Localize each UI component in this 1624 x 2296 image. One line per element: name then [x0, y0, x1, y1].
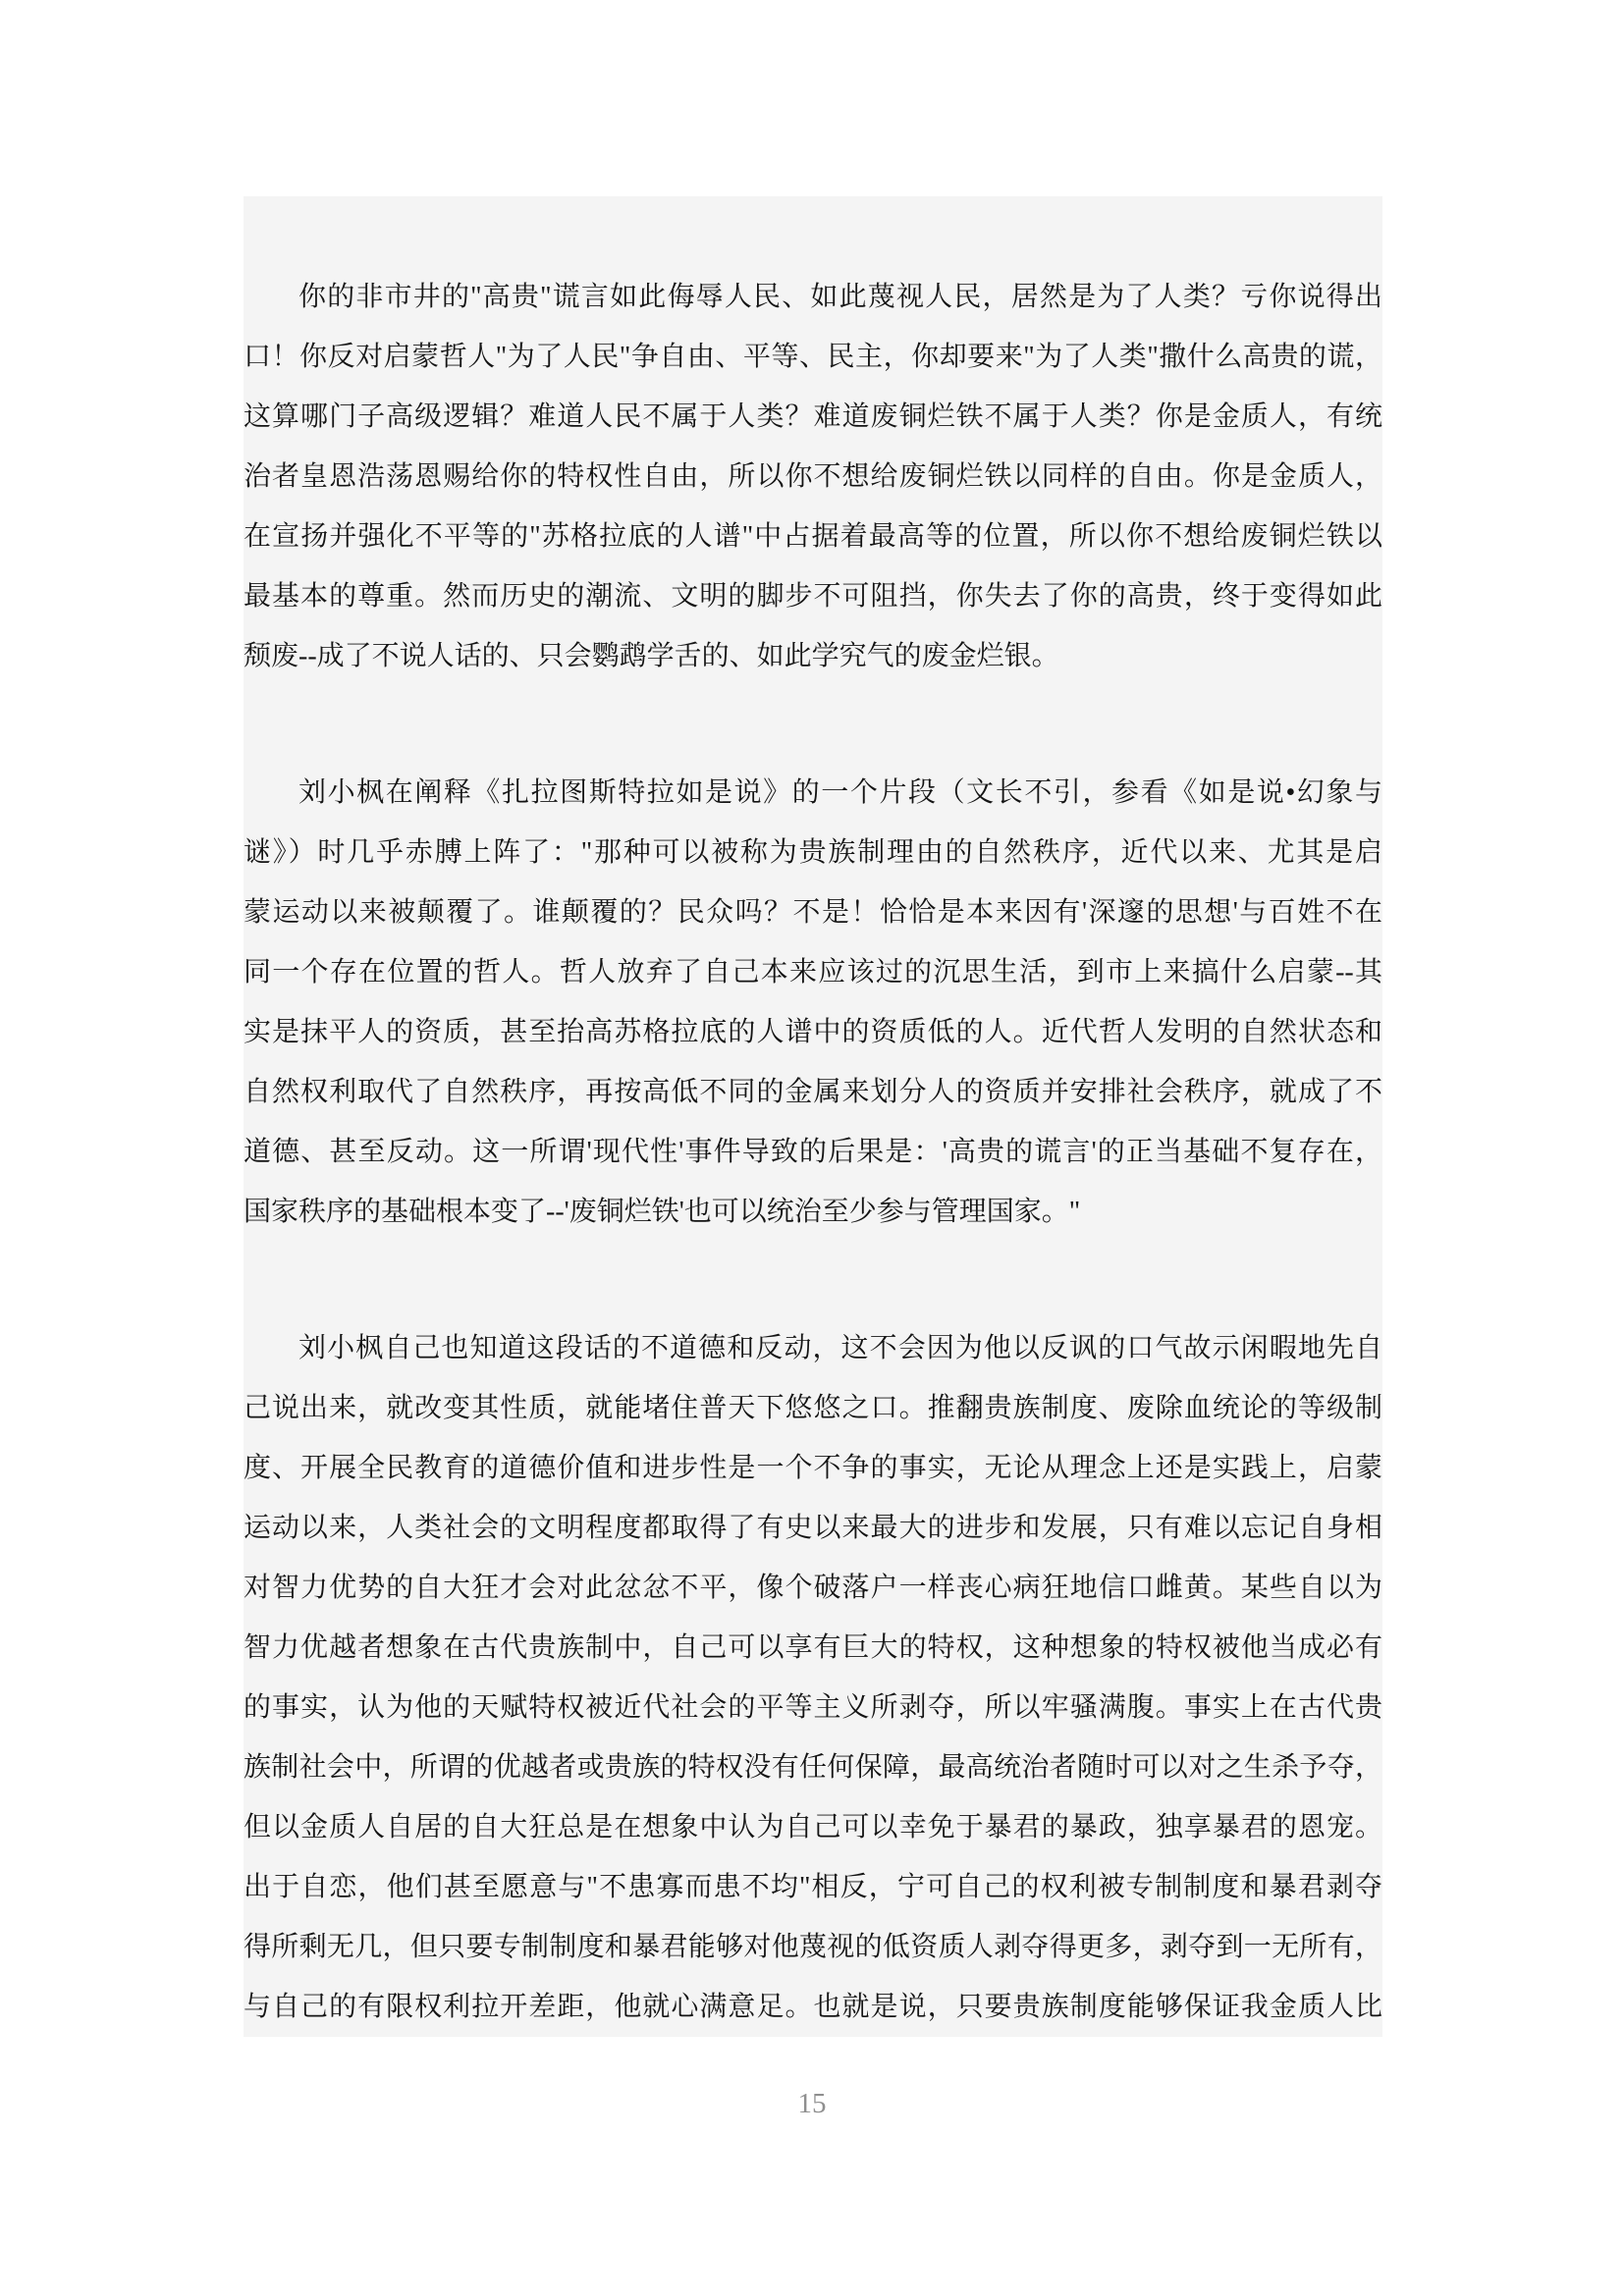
text-line: 度、开展全民教育的道德价值和进步性是一个不争的事实，无论从理念上还是实践上，启蒙	[244, 1438, 1382, 1498]
text-line: 智力优越者想象在古代贵族制中，自己可以享有巨大的特权，这种想象的特权被他当成必有	[244, 1618, 1382, 1678]
text-line: 口！你反对启蒙哲人"为了人民"争自由、平等、民主，你却要来"为了人类"撒什么高贵…	[244, 327, 1382, 387]
text-line: 出于自恋，他们甚至愿意与"不患寡而患不均"相反，宁可自己的权利被专制制度和暴君剥…	[244, 1857, 1382, 1917]
text-line: 治者皇恩浩荡恩赐给你的特权性自由，所以你不想给废铜烂铁以同样的自由。你是金质人，	[244, 447, 1382, 507]
paragraph: 刘小枫在阐释《扎拉图斯特拉如是说》的一个片段（文长不引，参看《如是说•幻象与谜》…	[244, 763, 1382, 1242]
text-line: 己说出来，就改变其性质，就能堵住普天下悠悠之口。推翻贵族制度、废除血统论的等级制	[244, 1378, 1382, 1438]
text-line: 国家秩序的基础根本变了--'废铜烂铁'也可以统治至少参与管理国家。"	[244, 1182, 1382, 1242]
text-line: 族制社会中，所谓的优越者或贵族的特权没有任何保障，最高统治者随时可以对之生杀予夺…	[244, 1737, 1382, 1797]
text-line: 这算哪门子高级逻辑？难道人民不属于人类？难道废铜烂铁不属于人类？你是金质人，有统	[244, 387, 1382, 447]
text-line: 实是抹平人的资质，甚至抬高苏格拉底的人谱中的资质低的人。近代哲人发明的自然状态和	[244, 1002, 1382, 1062]
text-line: 与自己的有限权利拉开差距，他就心满意足。也就是说，只要贵族制度能够保证我金质人比	[244, 1977, 1382, 2037]
text-line: 同一个存在位置的哲人。哲人放弃了自己本来应该过的沉思生活，到市上来搞什么启蒙--…	[244, 942, 1382, 1002]
text-line: 得所剩无几，但只要专制制度和暴君能够对他蔑视的低资质人剥夺得更多，剥夺到一无所有…	[244, 1917, 1382, 1977]
text-line: 在宣扬并强化不平等的"苏格拉底的人谱"中占据着最高等的位置，所以你不想给废铜烂铁…	[244, 507, 1382, 566]
text-line: 自然权利取代了自然秩序，再按高低不同的金属来划分人的资质并安排社会秩序，就成了不	[244, 1062, 1382, 1122]
document-page: { "page": { "number": "15", "background_…	[0, 0, 1624, 2296]
paragraph: 你的非市井的"高贵"谎言如此侮辱人民、如此蔑视人民，居然是为了人类？亏你说得出口…	[244, 267, 1382, 686]
text-line: 但以金质人自居的自大狂总是在想象中认为自己可以幸免于暴君的暴政，独享暴君的恩宠。	[244, 1797, 1382, 1857]
text-line: 你的非市井的"高贵"谎言如此侮辱人民、如此蔑视人民，居然是为了人类？亏你说得出	[244, 267, 1382, 327]
text-line: 最基本的尊重。然而历史的潮流、文明的脚步不可阻挡，你失去了你的高贵，终于变得如此	[244, 566, 1382, 626]
text-line: 蒙运动以来被颠覆了。谁颠覆的？民众吗？不是！恰恰是本来因有'深邃的思想'与百姓不…	[244, 882, 1382, 942]
text-line: 刘小枫在阐释《扎拉图斯特拉如是说》的一个片段（文长不引，参看《如是说•幻象与	[244, 763, 1382, 823]
paragraph: 刘小枫自己也知道这段话的不道德和反动，这不会因为他以反讽的口气故示闲暇地先自己说…	[244, 1318, 1382, 2037]
text-line: 对智力优势的自大狂才会对此忿忿不平，像个破落户一样丧心病狂地信口雌黄。某些自以为	[244, 1558, 1382, 1618]
text-line: 道德、甚至反动。这一所谓'现代性'事件导致的后果是：'高贵的谎言'的正当基础不复…	[244, 1122, 1382, 1182]
text-line: 颓废--成了不说人话的、只会鹦鹉学舌的、如此学究气的废金烂银。	[244, 626, 1382, 686]
text-line: 运动以来，人类社会的文明程度都取得了有史以来最大的进步和发展，只有难以忘记自身相	[244, 1498, 1382, 1558]
page-number: 15	[0, 2087, 1624, 2120]
text-line: 的事实，认为他的天赋特权被近代社会的平等主义所剥夺，所以牢骚满腹。事实上在古代贵	[244, 1678, 1382, 1737]
text-block: 你的非市井的"高贵"谎言如此侮辱人民、如此蔑视人民，居然是为了人类？亏你说得出口…	[244, 196, 1382, 2037]
text-line: 刘小枫自己也知道这段话的不道德和反动，这不会因为他以反讽的口气故示闲暇地先自	[244, 1318, 1382, 1378]
text-line: 谜》）时几乎赤膊上阵了："那种可以被称为贵族制理由的自然秩序，近代以来、尤其是启	[244, 823, 1382, 882]
